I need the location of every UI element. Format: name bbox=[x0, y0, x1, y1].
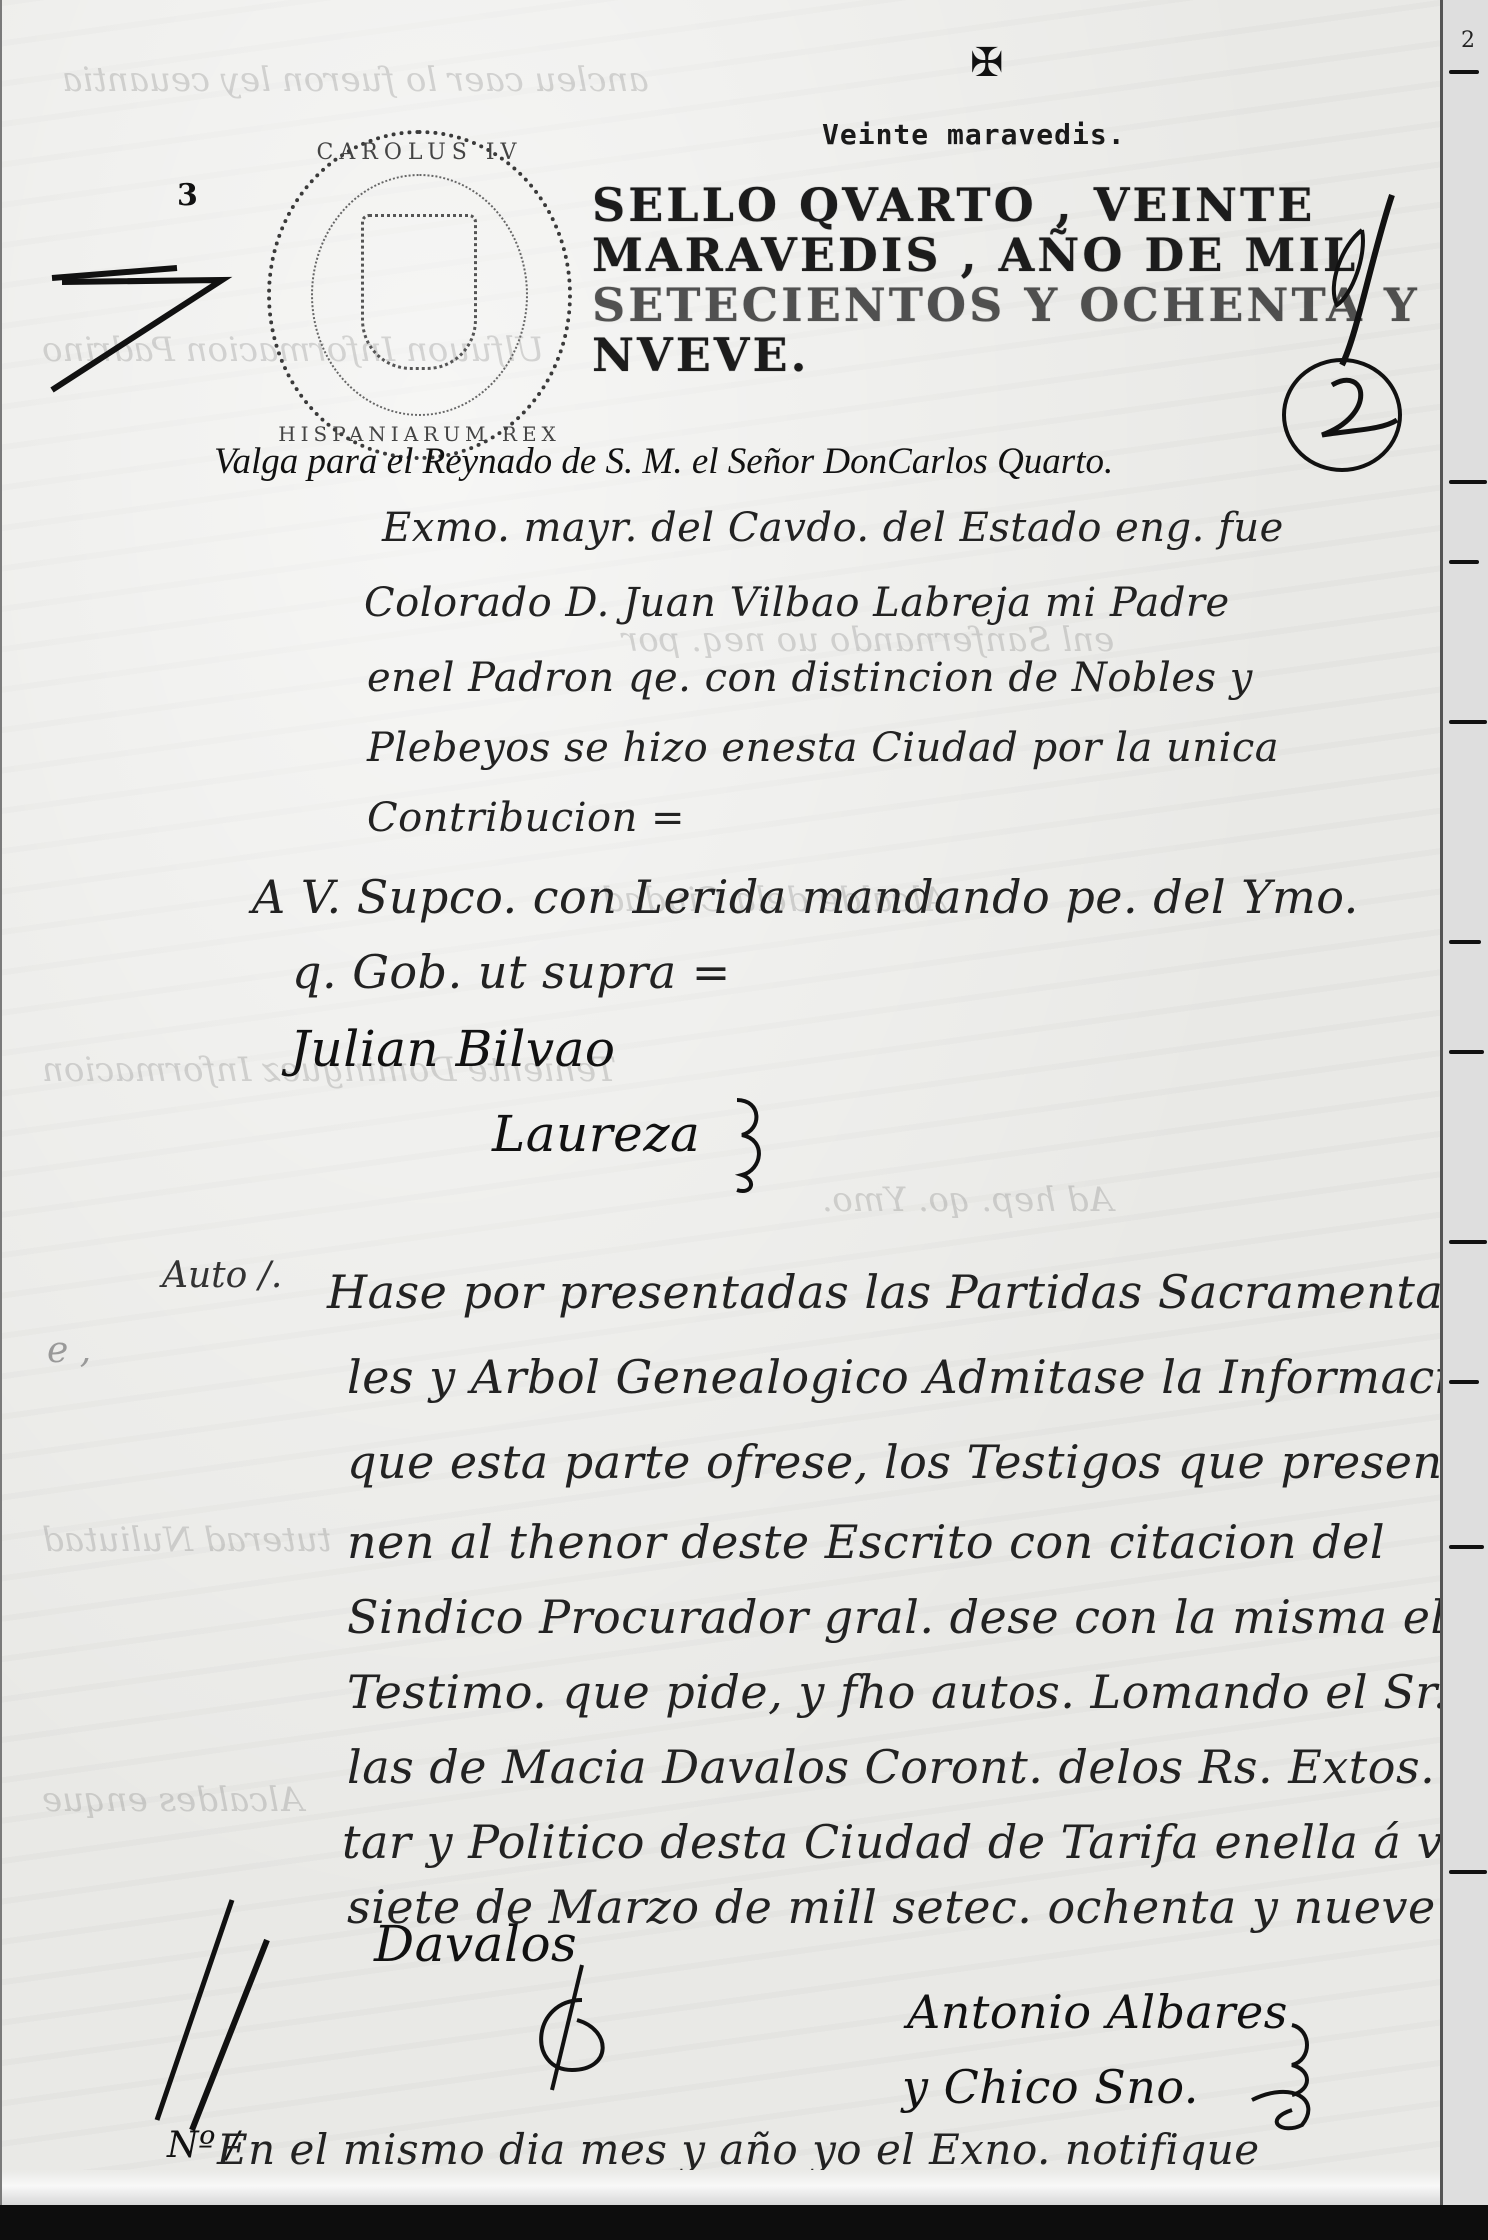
adjacent-ink-mark bbox=[1449, 70, 1479, 74]
top-left-number: 3 bbox=[177, 178, 198, 213]
adjacent-ink-mark bbox=[1449, 560, 1479, 564]
adjacent-ink-mark bbox=[1449, 480, 1487, 484]
auto-line: que esta parte ofrese, los Testigos que … bbox=[347, 1435, 1488, 1489]
adjacent-ink-mark bbox=[1449, 1050, 1484, 1054]
adjacent-ink-mark bbox=[1449, 720, 1487, 724]
seal-text-top: CAROLUS IV bbox=[271, 140, 568, 165]
petition-line: q. Gob. ut supra = bbox=[292, 945, 731, 999]
auto-line: tar y Politico desta Ciudad de Tarifa en… bbox=[342, 1815, 1488, 1869]
torn-paper-edge bbox=[2, 2170, 1488, 2210]
folio-number-flourish bbox=[1282, 175, 1412, 475]
double-slash-mark bbox=[152, 1895, 282, 2135]
adjacent-page-edge: 2 bbox=[1440, 0, 1488, 2215]
petition-line: Plebeyos se hizo enesta Ciudad por la un… bbox=[367, 725, 1279, 771]
validation-line: Valga para el Reynado de S. M. el Señor … bbox=[214, 440, 1113, 483]
royal-seal: CAROLUS IV HISPANIARUM REX bbox=[267, 130, 572, 460]
scan-background-edge bbox=[0, 2205, 1488, 2240]
petition-line: Colorado D. Juan Vilbao Labreja mi Padre bbox=[364, 580, 1230, 626]
bleed-through-text: tuterad Nuliutad bbox=[42, 1520, 331, 1560]
petition-line: A V. Supco. con Lerida mandando pe. del … bbox=[252, 870, 1359, 924]
petition-line: enel Padron qe. con distincion de Nobles… bbox=[367, 655, 1253, 701]
stamp-value-line: Veinte maravedis. bbox=[822, 118, 1126, 151]
manuscript-page: ancleu caer lo fueron ley ceuantia Ulfuu… bbox=[0, 0, 1442, 2210]
petition-line: Exmo. mayr. del Cavdo. del Estado eng. f… bbox=[382, 505, 1284, 551]
judge-rubric-icon bbox=[522, 1960, 632, 2100]
margin-arrow-mark bbox=[27, 190, 237, 420]
adjacent-ink-mark bbox=[1449, 1240, 1487, 1244]
notification-line: En el mismo dia mes y año yo el Exno. no… bbox=[217, 2125, 1260, 2174]
auto-line: nen al thenor deste Escrito con citacion… bbox=[347, 1515, 1385, 1569]
petition-line: Contribucion = bbox=[367, 795, 685, 841]
adjacent-ink-mark bbox=[1449, 1380, 1479, 1384]
petitioner-rubric-icon bbox=[717, 1090, 787, 1200]
bleed-through-text: Alcaldes enque bbox=[42, 1780, 304, 1820]
auto-line: Sindico Procurador gral. dese con la mis… bbox=[347, 1590, 1446, 1644]
notary-signature-line1: Antonio Albares bbox=[907, 1985, 1288, 2039]
notary-signature-line2: y Chico Sno. bbox=[902, 2060, 1199, 2114]
adjacent-ink-mark bbox=[1449, 1870, 1487, 1874]
auto-line: Testimo. que pide, y fho autos. Lomando … bbox=[347, 1665, 1488, 1719]
bleed-through-text: enl Sanfernando uo neq. por bbox=[622, 620, 1114, 660]
petitioner-signature-surname: Laureza bbox=[492, 1105, 700, 1163]
petitioner-signature-name: Julian Bilvao bbox=[290, 1020, 616, 1078]
coat-of-arms-icon bbox=[361, 214, 477, 370]
auto-line: Hase por presentadas las Partidas Sacram… bbox=[327, 1265, 1443, 1319]
bleed-through-text: Ad hep. qo. Ymo. bbox=[822, 1180, 1113, 1220]
cross-icon: ✠ bbox=[970, 40, 1004, 86]
notary-rubric-icon bbox=[1232, 2020, 1342, 2140]
auto-line: les y Arbol Genealogico Admitase la Info… bbox=[347, 1350, 1488, 1404]
adjacent-page-number: 2 bbox=[1461, 28, 1475, 53]
bleed-through-text: ancleu caer lo fueron ley ceuantia bbox=[62, 60, 649, 100]
auto-margin-label: Auto /. bbox=[162, 1255, 282, 1296]
adjacent-ink-mark bbox=[1449, 940, 1481, 944]
margin-faint-mark: e , bbox=[47, 1330, 91, 1371]
adjacent-ink-mark bbox=[1449, 1545, 1484, 1549]
auto-line: las de Macia Davalos Coront. delos Rs. E… bbox=[347, 1740, 1488, 1794]
